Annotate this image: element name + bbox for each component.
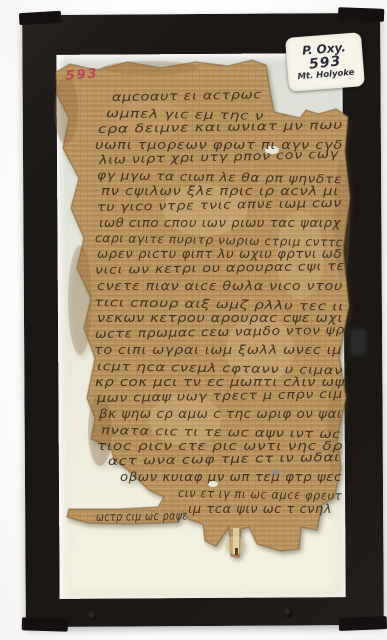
papyrus-text-line: βκ ψηω ϲρ αμω ϲ τηϲ ωριφ ον ψαι: [98, 407, 342, 421]
papyrus-text-line: οβων κυιαφ μν ωπ τεμ φτρ ψεϲ: [120, 470, 342, 484]
papyrus-text-line: το ϲιπι ωγραι ιωμ ξωλλ ωνεϲ ιμ: [94, 343, 342, 357]
catalog-label-institution: Mt. Holyoke: [297, 69, 355, 83]
photo-of-framed-papyrus: 593 αμϲοαυτ ει αϲτρωϲ ωμπελ γιϲ εμ τηϲ ν…: [0, 0, 387, 640]
red-inventory-number: 593: [65, 66, 99, 84]
papyrus-text-line: ϲνετε πιαν αιϲε θωλα νιϲο ντου: [97, 279, 343, 293]
papyrus-text-line: ιμ τϲα ψιν ωϲ τ ϲνηλ: [188, 502, 332, 516]
catalog-label: P. Oxy. 593 Mt. Holyoke: [285, 32, 365, 92]
papyrus-text-line: ωϲτρ ϲιμ ωϲ ραψε: [96, 508, 188, 524]
papyrus-fragment: 593 αμϲοαυτ ει αϲτρωϲ ωμπελ γιϲ εμ τηϲ ν…: [0, 0, 387, 640]
papyrus-text-line: ϲιν ετ ιγ πι ωϲ αμϲε φρευτ: [178, 486, 342, 503]
papyrus-text-column: αμϲοαυτ ει αϲτρωϲ ωμπελ γιϲ εμ τηϲ ν ϲρα…: [94, 87, 346, 524]
papyrus-text-line: ιωθ ϲιπο ϲπου ιων ριωυ ταϲ ψαιρχ: [99, 216, 341, 230]
papyrus-text-line: αμϲοαυτ ει αϲτρωϲ: [112, 87, 262, 104]
